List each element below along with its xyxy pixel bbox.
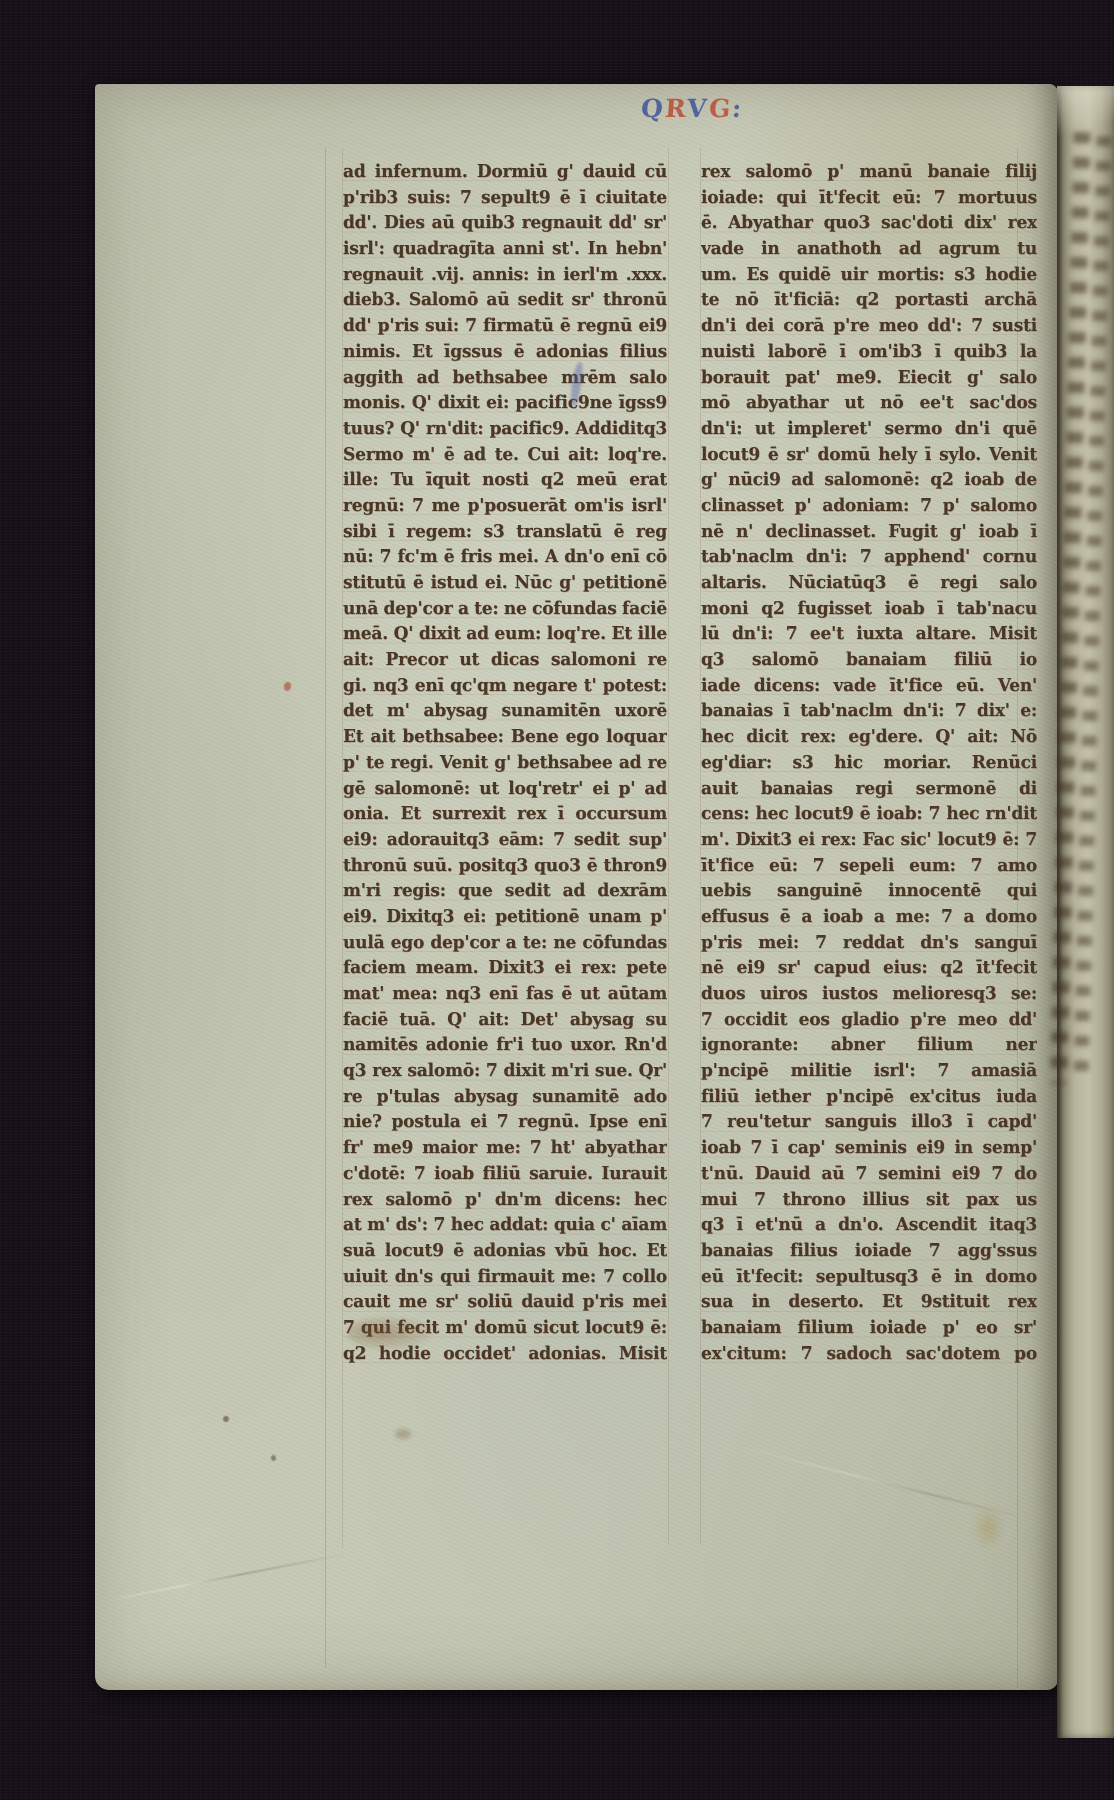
text-line: um. Es quidē uir mortis: s3 hodie — [701, 262, 1037, 289]
text-line: mō abyathar ut nō ee't sac'dos — [701, 391, 1037, 418]
text-line: banaiam filium ioiade p' eo sr' — [701, 1315, 1037, 1342]
text-line: moni q2 fugisset ioab ī tab'nacu — [701, 596, 1037, 623]
text-line: suā locut9 ē adonias vbū hoc. Et nūc — [343, 1238, 667, 1265]
text-line: q3 rex salomō: 7 dixit m'ri sue. Qr' — [343, 1059, 667, 1086]
text-line: ignorante: abner filium ner — [701, 1033, 1037, 1060]
text-line: duos uiros iustos melioresq3 se: — [701, 981, 1037, 1008]
text-line: banaias ī tab'naclm dn'i: 7 dix' e: — [701, 699, 1037, 726]
text-line: regnauit .vij. annis: in ierl'm .xxx. — [343, 262, 667, 289]
parchment-crease — [739, 1446, 1031, 1521]
text-line: isrl': quadragīta anni st'. In hebn' — [343, 237, 667, 264]
text-line: altaris. Nūciatūq3 ē regi salo — [701, 570, 1037, 597]
manuscript-page: QRVG: ad infernum. Dormiū g' dauid cūp'r… — [95, 84, 1058, 1690]
text-line: ioab 7 ī cap' seminis ei9 in semp' — [701, 1136, 1037, 1163]
text-line: p'ncipē militie isrl': 7 amasiā — [701, 1059, 1037, 1086]
parchment-stain — [973, 1506, 1003, 1550]
text-line: mat' mea: nq3 enī fas ē ut aūtam — [343, 981, 667, 1008]
text-line: det m' abysag sunamitēn uxorē — [343, 699, 667, 726]
book-fore-edge — [1057, 86, 1114, 1738]
text-line: q3 ī et'nū a dn'o. Ascendit itaq3 — [701, 1213, 1037, 1240]
text-line: hec dicit rex: eg'dere. Q' ait: Nō — [701, 725, 1037, 752]
text-line: banaias filius ioiade 7 agg'ssus — [701, 1238, 1037, 1265]
text-line: p' te regi. Venit g' bethsabee ad re — [343, 750, 667, 777]
text-line: at m' ds': 7 hec addat: quia c' aīam — [343, 1213, 667, 1240]
text-line: eū īt'fecit: sepultusq3 ē in domo — [701, 1264, 1037, 1291]
text-line: ad infernum. Dormiū g' dauid cū — [343, 159, 667, 186]
text-line: thronū suū. positq3 quo3 ē thron9 — [343, 853, 667, 880]
ruling-line-vertical — [325, 148, 326, 1668]
parchment-crease — [105, 1552, 351, 1602]
text-line: Sermo m' ē ad te. Cui ait: loq're. Et — [343, 442, 667, 469]
text-line: ait: Precor ut dicas salomoni re — [343, 648, 667, 675]
text-line: ioiade: qui īt'fecit eū: 7 mortuus — [701, 185, 1037, 212]
text-line: q3 salomō banaiam filiū io — [701, 648, 1037, 675]
text-line: nuisti laborē ī om'ib3 ī quib3 la — [701, 339, 1037, 366]
text-line: lū dn'i: 7 ee't iuxta altare. Misit — [701, 622, 1037, 649]
text-line: te nō īt'ficiā: q2 portasti archā — [701, 288, 1037, 315]
text-line: cauit me sr' soliū dauid p'ris mei — [343, 1290, 667, 1317]
text-line: c'dotē: 7 ioab filiū saruie. Iurauit īq3 — [343, 1161, 667, 1188]
text-line: meā. Q' dixit ad eum: loq're. Et ille — [343, 622, 667, 649]
text-line: tuus? Q' rn'dit: pacific9. Addiditq3 — [343, 416, 667, 443]
text-line: 7 qui fecit m' domū sicut locut9 ē: — [343, 1315, 667, 1342]
text-line: nē ei9 sr' capud eius: q2 īt'fecit — [701, 956, 1037, 983]
text-column-right: rex salomō p' manū banaie filijioiade: q… — [701, 160, 1037, 1367]
text-line: gē salomonē: ut loq'retr' ei p' ad — [343, 776, 667, 803]
running-title-letter: G — [708, 94, 733, 124]
text-line: faciem meam. Dixit3 ei rex: pete — [343, 956, 667, 983]
text-line: m'ri regis: que sedit ad dexrām — [343, 879, 667, 906]
text-column-left: ad infernum. Dormiū g' dauid cūp'rib3 su… — [343, 160, 667, 1367]
text-line: t'nū. Dauid aū 7 semini ei9 7 do — [701, 1161, 1037, 1188]
text-line: fr' me9 maior me: 7 ht' abyathar sa — [343, 1136, 667, 1163]
text-line: 7 occidit eos gladio p're meo dd' — [701, 1007, 1037, 1034]
text-line: aggith ad bethsabee mrēm salo — [343, 365, 667, 392]
text-line: effusus ē a ioab a me: 7 a domo — [701, 904, 1037, 931]
text-line: sua in deserto. Et 9stituit rex — [701, 1290, 1037, 1317]
text-line: g' nūci9 ad salomonē: q2 ioab de — [701, 468, 1037, 495]
text-line: uebis sanguinē innocentē qui — [701, 879, 1037, 906]
text-line: rex salomō p' manū banaie filij — [701, 159, 1037, 186]
text-line: namitēs adonie fr'i tuo uxor. Rn'd — [343, 1033, 667, 1060]
photograph-background: QRVG: ad infernum. Dormiū g' dauid cūp'r… — [0, 0, 1114, 1800]
text-line: cens: hec locut9 ē ioab: 7 hec rn'dit — [701, 802, 1037, 829]
text-line: tab'naclm dn'i: 7 apphend' cornu — [701, 545, 1037, 572]
text-line: dn'i dei corā p're meo dd': 7 susti — [701, 314, 1037, 341]
text-line: monis. Q' dixit ei: pacific9ne īgss9 — [343, 391, 667, 418]
text-line: borauit pat' me9. Eiecit g' salo — [701, 365, 1037, 392]
running-title: QRVG: — [607, 94, 777, 126]
running-title-letter: : — [731, 94, 744, 124]
text-line: īt'fice eū: 7 sepeli eum: 7 amo — [701, 853, 1037, 880]
text-line: uulā ego dep'cor a te: ne cōfundas — [343, 930, 667, 957]
text-line: re p'tulas abysag sunamitē ado — [343, 1084, 667, 1111]
text-line: p'ris mei: 7 reddat dn's sanguī — [701, 930, 1037, 957]
text-line: ei9: adorauitq3 eām: 7 sedit sup' — [343, 827, 667, 854]
running-title-letter: R — [663, 94, 688, 124]
text-line: clinasset p' adoniam: 7 p' salomo — [701, 493, 1037, 520]
text-line: dieb3. Salomō aū sedit sr' thronū — [343, 288, 667, 315]
text-line: nimis. Et īgssus ē adonias filius — [343, 339, 667, 366]
text-line: p'rib3 suis: 7 sepult9 ē ī ciuitate — [343, 185, 667, 212]
text-line: gi. nq3 enī qc'qm negare t' potest: ut — [343, 673, 667, 700]
text-line: eg'diar: s3 hic moriar. Renūci — [701, 750, 1037, 777]
text-line: uiuit dn's qui firmauit me: 7 collo — [343, 1264, 667, 1291]
text-line: dd' p'ris sui: 7 firmatū ē regnū ei9 — [343, 314, 667, 341]
text-line: vade in anathoth ad agrum tu — [701, 237, 1037, 264]
text-line: filiū iether p'ncipē ex'citus iuda — [701, 1084, 1037, 1111]
text-line: 7 reu'tetur sanguis illo3 ī capd' — [701, 1110, 1037, 1137]
text-line: auit banaias regi sermonē di — [701, 776, 1037, 803]
parchment-stain — [395, 1429, 411, 1439]
ruling-line-vertical — [668, 148, 669, 1544]
text-line: ē. Abyathar quo3 sac'doti dix' rex — [701, 211, 1037, 238]
text-line: ei9. Dixitq3 ei: petitionē unam p' — [343, 904, 667, 931]
red-paragraph-mark — [284, 682, 291, 691]
text-line: rex salomō p' dn'm dicens: hec faci — [343, 1187, 667, 1214]
text-line: iade dicens: vade īt'fice eū. Ven' — [701, 673, 1037, 700]
text-line: nū: 7 fc'm ē fris mei. A dn'o enī cō — [343, 545, 667, 572]
text-line: dn'i: ut impleret' sermo dn'i quē — [701, 416, 1037, 443]
text-line: dd'. Dies aū quib3 regnauit dd' sr' — [343, 211, 667, 238]
text-line: onia. Et surrexit rex ī occursum — [343, 802, 667, 829]
text-line: Et ait bethsabee: Bene ego loquar — [343, 725, 667, 752]
text-line: faciē tuā. Q' ait: Det' abysag su — [343, 1007, 667, 1034]
text-line: nie? postula ei 7 regnū. Ipse enī est — [343, 1110, 667, 1137]
text-line: nē n' declinasset. Fugit g' ioab ī — [701, 519, 1037, 546]
ink-speck — [223, 1416, 229, 1422]
text-line: unā dep'cor a te: ne cōfundas faciē — [343, 596, 667, 623]
text-line: q2 hodie occidet' adonias. Misit — [343, 1341, 667, 1368]
text-line: ille: Tu īquit nosti q2 meū erat — [343, 468, 667, 495]
running-title-letter: V — [686, 94, 710, 124]
text-line: m'. Dixit3 ei rex: Fac sic' locut9 ē: 7 — [701, 827, 1037, 854]
text-line: ex'citum: 7 sadoch sac'dotem po — [701, 1341, 1037, 1368]
text-line: mui 7 throno illius sit pax us — [701, 1187, 1037, 1214]
running-title-letter: Q — [640, 94, 666, 124]
ink-speck — [271, 1455, 276, 1461]
text-line: stitutū ē istud ei. Nūc g' petitionē — [343, 570, 667, 597]
text-line: sibi ī regem: s3 translatū ē reg — [343, 519, 667, 546]
text-line: locut9 ē sr' domū hely ī sylo. Venit — [701, 442, 1037, 469]
text-line: regnū: 7 me p'posuerāt om'is isrl' — [343, 493, 667, 520]
